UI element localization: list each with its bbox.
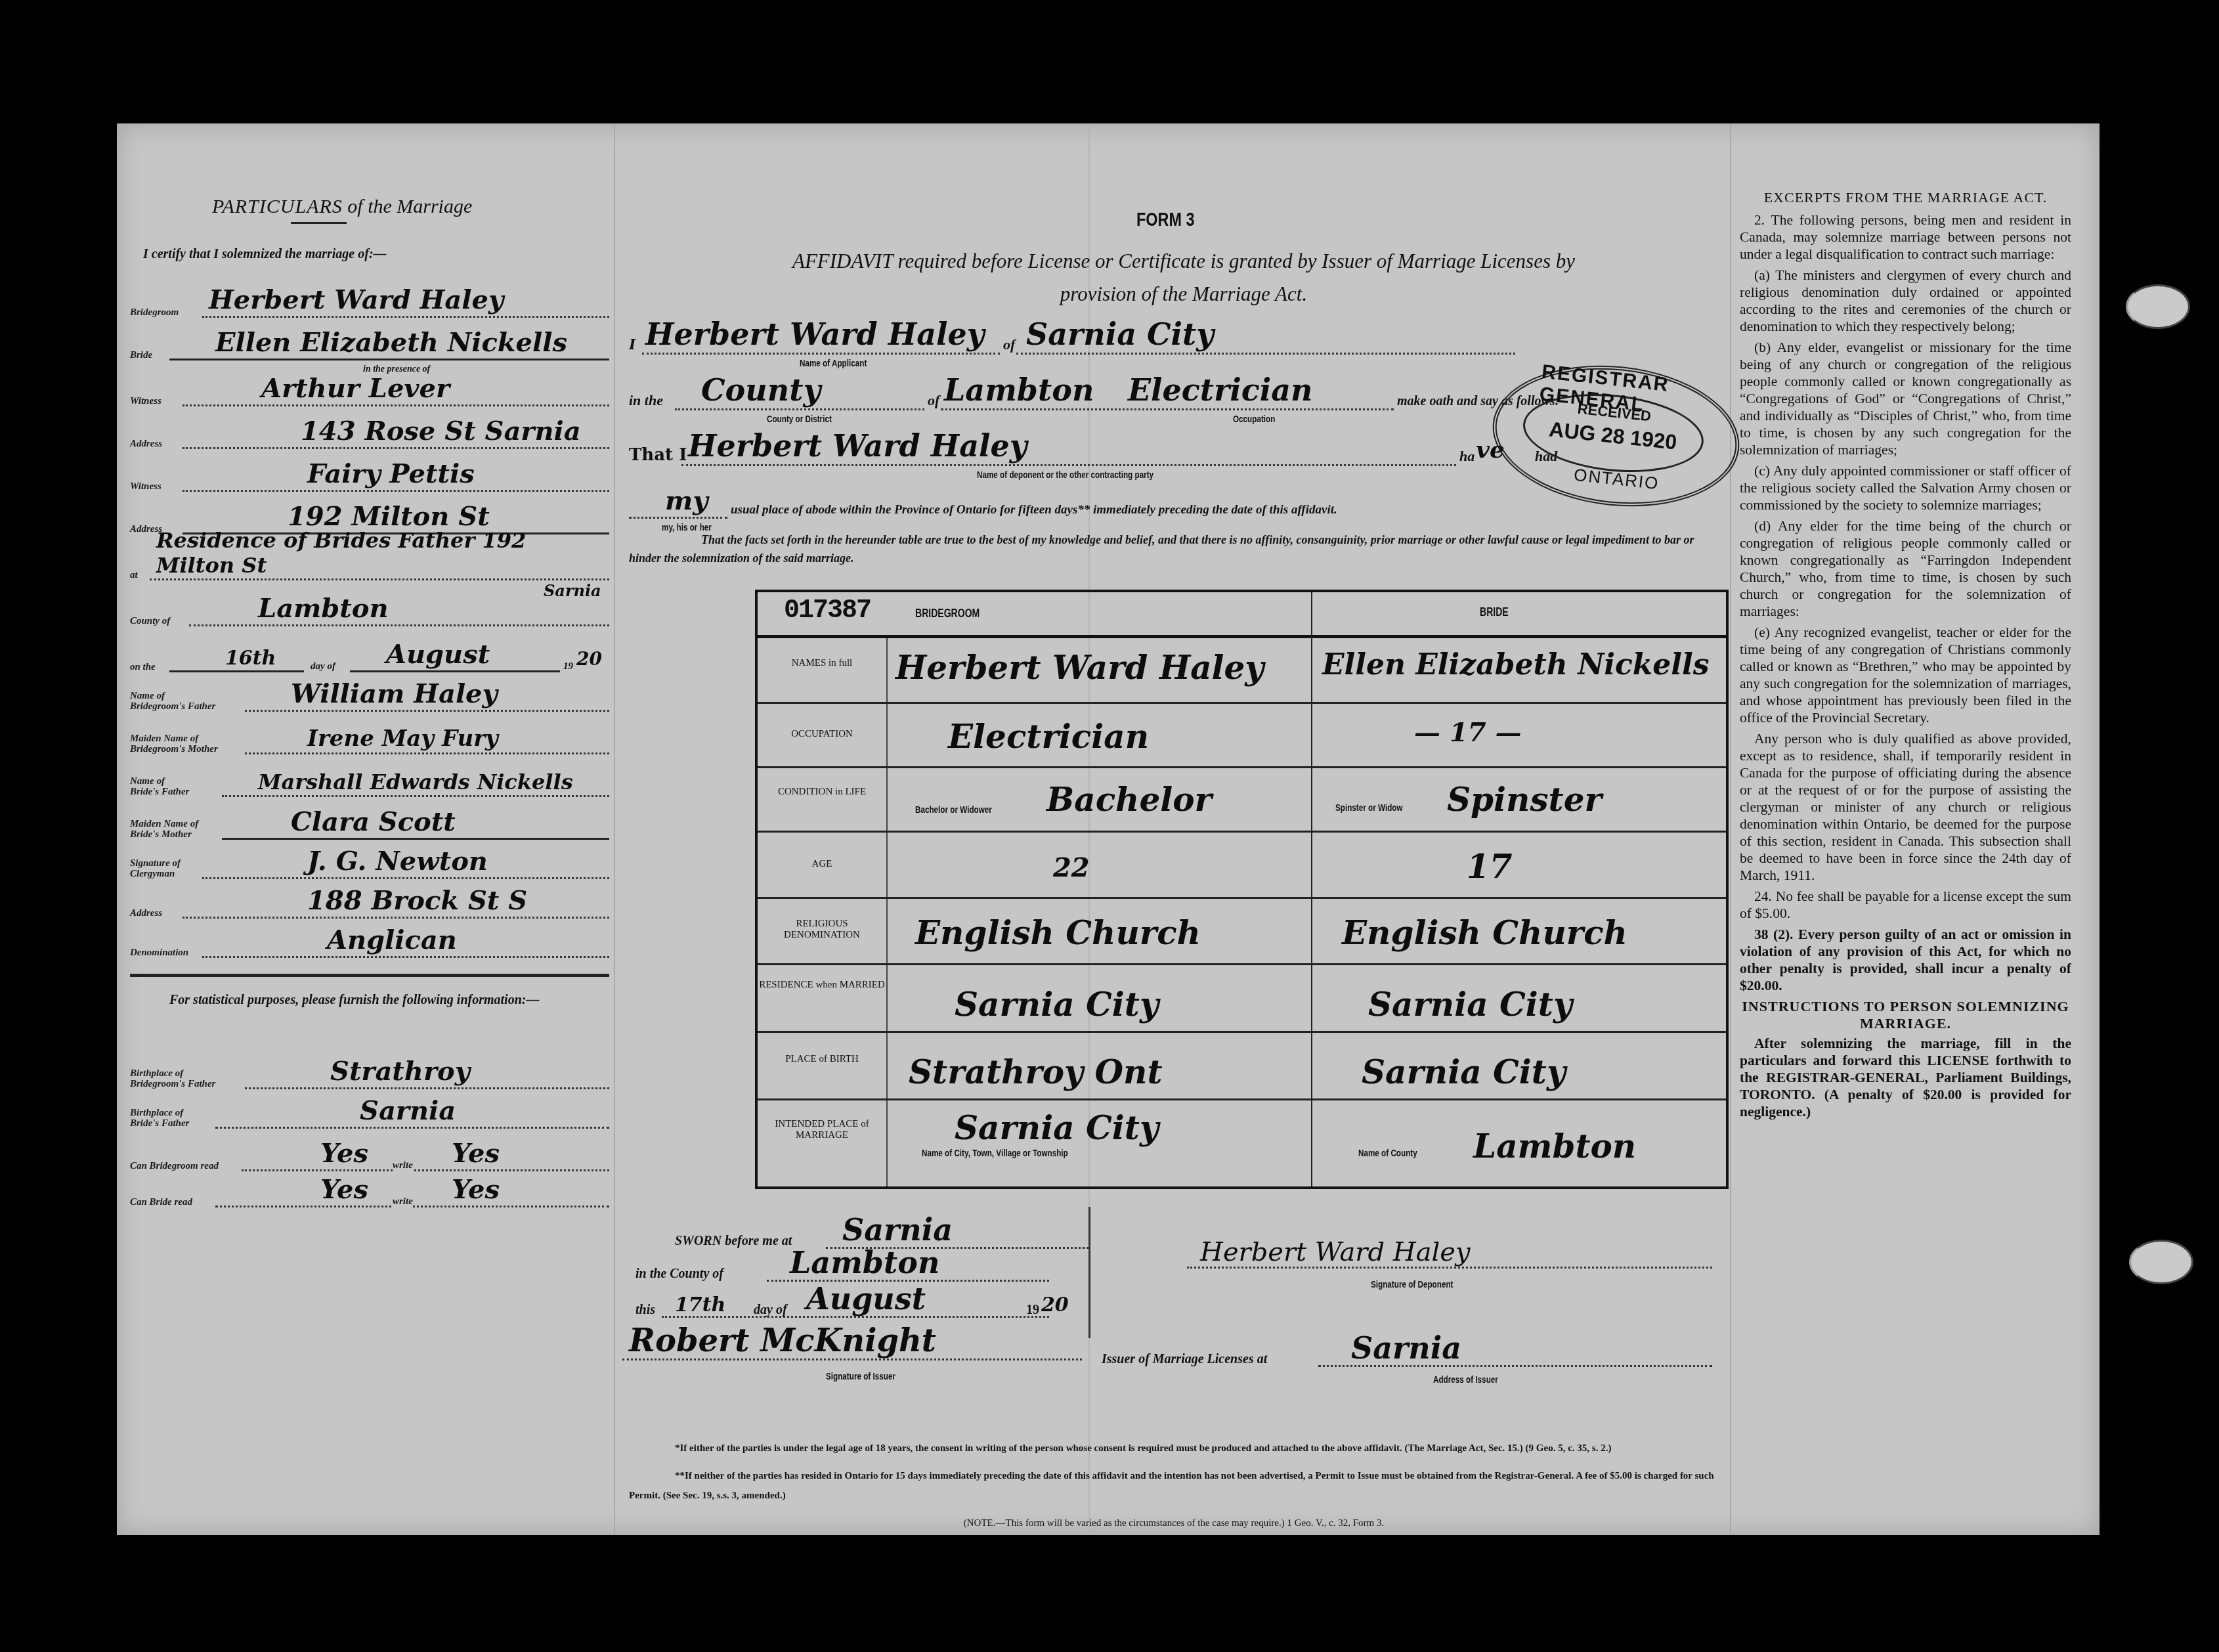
applicant-name: Herbert Ward Haley: [645, 316, 985, 352]
witness2-row: Witness Fairy Pettis: [130, 455, 609, 494]
address2-value: 192 Milton St: [288, 501, 490, 532]
clergy-address-row: Address 188 Brock St S: [130, 882, 609, 921]
groom-father-birthplace-value: Strathroy: [330, 1056, 470, 1087]
footnote-3: (NOTE.—This form will be varied as the c…: [629, 1513, 1719, 1533]
table-header: 017387 BRIDEGROOM BRIDE: [758, 592, 1726, 638]
footnote-2: **If neither of the parties has resided …: [629, 1466, 1719, 1506]
groom-literacy-row: Can Bridegroom read Yes write Yes: [130, 1135, 609, 1174]
clergy-address-value: 188 Brock St S: [307, 885, 527, 916]
affidavit-heading: AFFIDAVIT required before License or Cer…: [655, 245, 1712, 311]
bride-father-birthplace-value: Sarnia: [360, 1095, 456, 1126]
statistical-intro: For statistical purposes, please furnish…: [130, 990, 603, 1010]
bride-value: Ellen Elizabeth Nickells: [215, 327, 567, 358]
facts-statement: That the facts set forth in the hereunde…: [629, 531, 1712, 567]
instructions-title: INSTRUCTIONS TO PERSON SOLEMNIZING MARRI…: [1740, 998, 2071, 1032]
occupation-value: Electrician: [1128, 372, 1313, 408]
address1-row: Address 143 Rose St Sarnia: [130, 412, 609, 452]
date-row: on the 16th day of August 19 20: [130, 636, 609, 675]
bridegroom-value: Herbert Ward Haley: [209, 284, 504, 315]
denomination-row: Denomination Anglican: [130, 921, 609, 961]
county-value: Lambton: [944, 372, 1094, 408]
table-row: NAMES in full Herbert Ward Haley Ellen E…: [758, 638, 1726, 704]
bride-father-birthplace-row: Birthplace ofBride's Father Sarnia: [130, 1092, 609, 1131]
bride-row: Bride Ellen Elizabeth Nickells in the pr…: [130, 324, 609, 363]
issuer-signature-row: Robert McKnight: [622, 1325, 1082, 1364]
sworn-month-value: August: [806, 1281, 926, 1316]
clergy-signature-row: Signature ofClergyman J. G. Newton: [130, 842, 609, 882]
deponent-signature: Herbert Ward Haley: [1200, 1237, 1471, 1267]
groom-father-row: Name ofBridegroom's Father William Haley: [130, 675, 609, 714]
bride-write-value: Yes: [452, 1174, 500, 1205]
groom-write-value: Yes: [452, 1138, 500, 1169]
bride-father-row: Name ofBride's Father Marshall Edwards N…: [130, 760, 609, 800]
groom-mother-value: Irene May Fury: [307, 726, 498, 752]
table-row: AGE 22 17: [758, 833, 1726, 899]
bridegroom-row: Bridegroom Herbert Ward Haley: [130, 281, 609, 320]
bride-mother-value: Clara Scott: [291, 806, 456, 837]
excerpts-panel: EXCERPTS FROM THE MARRIAGE ACT. 2. The f…: [1732, 123, 2100, 1535]
applicant-residence: Sarnia City: [1026, 316, 1214, 352]
bride-read-value: Yes: [320, 1174, 368, 1205]
witness1-value: Arthur Lever: [261, 373, 450, 404]
sworn-at-value: Sarnia: [842, 1212, 953, 1248]
sworn-county-row: in the County of Lambton: [636, 1246, 1049, 1286]
groom-father-birthplace-row: Birthplace ofBridegroom's Father Strathr…: [130, 1053, 609, 1092]
issuer-signature: Robert McKnight: [629, 1322, 936, 1359]
place-value: Residence of Brides Father 192 Milton St: [156, 528, 609, 578]
bride-mother-row: Maiden Name ofBride's Mother Clara Scott: [130, 803, 609, 842]
column-header-bride: BRIDE: [1480, 605, 1509, 619]
witness1-row: Witness Arthur Lever: [130, 370, 609, 409]
place-row: at Residence of Brides Father 192 Milton…: [130, 544, 609, 583]
witness2-value: Fairy Pettis: [307, 458, 475, 489]
bride-father-value: Marshall Edwards Nickells: [258, 770, 573, 794]
form-title: FORM 3: [616, 209, 1732, 231]
denomination-value: Anglican: [327, 924, 457, 955]
address1-value: 143 Rose St Sarnia: [301, 416, 581, 446]
certify-text: I certify that I solemnized the marriage…: [143, 247, 387, 262]
marriage-act-excerpts: EXCERPTS FROM THE MARRIAGE ACT. 2. The f…: [1740, 189, 2071, 1124]
table-row: INTENDED PLACE of MARRIAGE Sarnia City N…: [758, 1100, 1726, 1184]
particulars-title: PARTICULARS of the Marriage: [212, 196, 472, 218]
table-row: PLACE of BIRTH Strathroy Ont Sarnia City: [758, 1033, 1726, 1100]
table-row: CONDITION in LIFE Bachelor or Widower Ba…: [758, 768, 1726, 833]
table-row: RELIGIOUS DENOMINATION English Church En…: [758, 899, 1726, 965]
table-row: OCCUPATION Electrician — 17 —: [758, 704, 1726, 768]
sworn-county-value: Lambton: [790, 1245, 939, 1280]
groom-mother-row: Maiden Name ofBridegroom's Mother Irene …: [130, 718, 609, 757]
section-divider: [130, 974, 609, 977]
sworn-section: SWORN before me at Sarnia in the County …: [629, 1200, 1174, 1417]
month-value: August: [386, 639, 490, 670]
column-header-bridegroom: BRIDEGROOM: [915, 607, 980, 620]
county-row: County of Lambton: [130, 590, 609, 629]
groom-read-value: Yes: [320, 1138, 368, 1169]
title-rule: [291, 222, 347, 224]
excerpts-title: EXCERPTS FROM THE MARRIAGE ACT.: [1740, 189, 2071, 206]
affidavit-panel: FORM 3 AFFIDAVIT required before License…: [616, 123, 1732, 1535]
marriage-license-document: PARTICULARS of the Marriage I certify th…: [117, 123, 2100, 1535]
issuer-address-value: Sarnia: [1351, 1330, 1461, 1366]
my-value: my: [665, 485, 708, 516]
groom-father-value: William Haley: [291, 678, 498, 709]
footnote-1: *If either of the parties is under the l…: [629, 1439, 1719, 1458]
county-or-district-value: County: [701, 372, 821, 408]
county-value: Lambton: [258, 593, 389, 624]
punch-hole: [2126, 284, 2190, 329]
bride-literacy-row: Can Bride read Yes write Yes: [130, 1171, 609, 1210]
day-value: 16th: [225, 647, 276, 670]
issuer-address-row: Issuer of Marriage Licenses at Sarnia: [1102, 1332, 1712, 1371]
clergy-signature-value: J. G. Newton: [307, 846, 488, 877]
particulars-table: 017387 BRIDEGROOM BRIDE NAMES in full He…: [755, 590, 1729, 1189]
sworn-date-row: this 17th day of August 19 20: [636, 1282, 1049, 1322]
applicant-row: I Herbert Ward Haley of Sarnia City Name…: [629, 314, 1719, 360]
deponent-name: Herbert Ward Haley: [688, 428, 1027, 464]
table-row: RESIDENCE when MARRIED Sarnia City Sarni…: [758, 965, 1726, 1033]
footnotes: *If either of the parties is under the l…: [629, 1439, 1719, 1541]
license-number: 017387: [784, 596, 871, 626]
deponent-signature-row: Herbert Ward Haley: [1187, 1233, 1712, 1272]
particulars-panel: PARTICULARS of the Marriage I certify th…: [117, 123, 616, 1535]
punch-hole: [2129, 1240, 2193, 1284]
